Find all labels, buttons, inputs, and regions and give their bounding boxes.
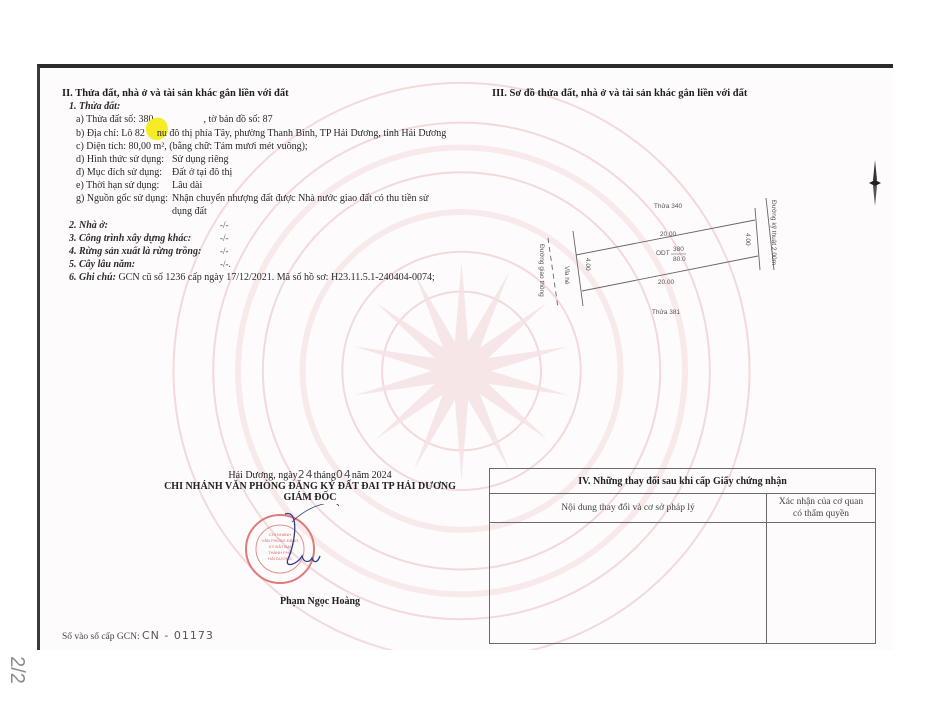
svg-text:380: 380 <box>673 246 684 253</box>
svg-text:4.00: 4.00 <box>744 233 751 246</box>
svg-text:20.00: 20.00 <box>660 231 677 238</box>
certificate-page: II. Thửa đất, nhà ở và tài sản khác gắn … <box>37 64 893 650</box>
svg-text:KÝ ĐẤT ĐAI: KÝ ĐẤT ĐAI <box>269 544 291 549</box>
item-4-value: -/- <box>220 246 229 256</box>
svg-text:20.00: 20.00 <box>658 279 675 286</box>
svg-text:Đường kỹ thuật 2.00m: Đường kỹ thuật 2.00m <box>770 200 777 265</box>
usage-form: d) Hình thức sử dụng:Sử dụng riêng <box>76 154 229 165</box>
issuing-office: CHI NHÁNH VĂN PHÒNG ĐĂNG KÝ ĐẤT ĐAI TP H… <box>150 481 470 492</box>
parcel-diagram: Thửa 340 20.00 20.00 Thửa 381 ODT 380 80… <box>518 178 798 318</box>
item-3-other-construction: 3. Công trình xây dựng khác: <box>69 233 191 244</box>
signer-position: GIÁM ĐỐC <box>150 492 470 503</box>
section-3-title: III. Sơ đồ thửa đất, nhà ở và tài sản kh… <box>492 88 747 99</box>
page-indicator: 2/2 <box>0 655 37 685</box>
item-1-title: 1. Thửa đất: <box>69 101 120 112</box>
usage-origin: g) Nguồn gốc sử dụng:Nhận chuyển nhượng … <box>76 193 428 204</box>
section-2-title: II. Thửa đất, nhà ở và tài sản khác gắn … <box>62 88 289 99</box>
authority-confirmation-cell <box>767 523 875 644</box>
signer-name: Phạm Ngọc Hoàng <box>260 596 380 607</box>
north-arrow-icon <box>865 158 885 208</box>
svg-text:THÀNH PHỐ: THÀNH PHỐ <box>268 550 292 555</box>
svg-text:80.0: 80.0 <box>673 256 686 263</box>
item-4-forest: 4. Rừng sản xuất là rừng trồng: <box>69 246 201 257</box>
svg-text:ODT: ODT <box>656 250 670 257</box>
usage-term: e) Thời hạn sử dụng:Lâu dài <box>76 180 202 191</box>
changes-table: IV. Những thay đổi sau khi cấp Giấy chứn… <box>489 468 876 644</box>
svg-text:Vỉa hè: Vỉa hè <box>563 266 571 285</box>
signature-block: Hải Dương, ngày24tháng04năm 2024 CHI NHÁ… <box>150 468 470 503</box>
parcel-number: a) Thửa đất số: 380, tờ bản đồ số: 87 <box>76 114 273 125</box>
col-change-content: Nội dung thay đổi và cơ sở pháp lý <box>490 494 767 522</box>
svg-text:CHI NHÁNH: CHI NHÁNH <box>269 532 291 537</box>
usage-origin-cont: dụng đất <box>172 206 207 217</box>
svg-text:4.00: 4.00 <box>584 258 591 271</box>
item-5-value: -/-. <box>220 259 231 269</box>
item-5-perennial: 5. Cây lâu năm: <box>69 259 135 270</box>
change-content-cell <box>490 523 767 644</box>
usage-purpose: đ) Mục đích sử dụng:Đất ở tại đô thị <box>76 167 232 178</box>
svg-text:Đường giao thông: Đường giao thông <box>538 244 545 297</box>
address: b) Địa chỉ: Lô 82nu đô thị phía Tây, phư… <box>76 128 446 139</box>
item-2-value: -/- <box>220 220 229 230</box>
col-authority-confirmation: Xác nhận của cơ quancó thẩm quyền <box>767 494 875 522</box>
svg-text:Thửa 340: Thửa 340 <box>654 202 683 210</box>
area: c) Diện tích: 80,00 m², (bằng chữ: Tám m… <box>76 141 308 152</box>
official-stamp: CHI NHÁNH VĂN PHÒNG ĐĂNG KÝ ĐẤT ĐAI THÀN… <box>240 504 340 594</box>
registration-number: Số vào sổ cấp GCN: CN - 01173 <box>62 629 214 642</box>
issue-date: Hải Dương, ngày24tháng04năm 2024 <box>150 468 470 481</box>
item-6-notes: 6. Ghi chú: GCN cũ số 1236 cấp ngày 17/1… <box>69 272 435 283</box>
changes-table-title: IV. Những thay đổi sau khi cấp Giấy chứn… <box>490 469 875 494</box>
svg-text:Thửa 381: Thửa 381 <box>652 308 681 316</box>
item-2-house: 2. Nhà ở: <box>69 220 108 231</box>
item-3-value: -/- <box>220 233 229 243</box>
